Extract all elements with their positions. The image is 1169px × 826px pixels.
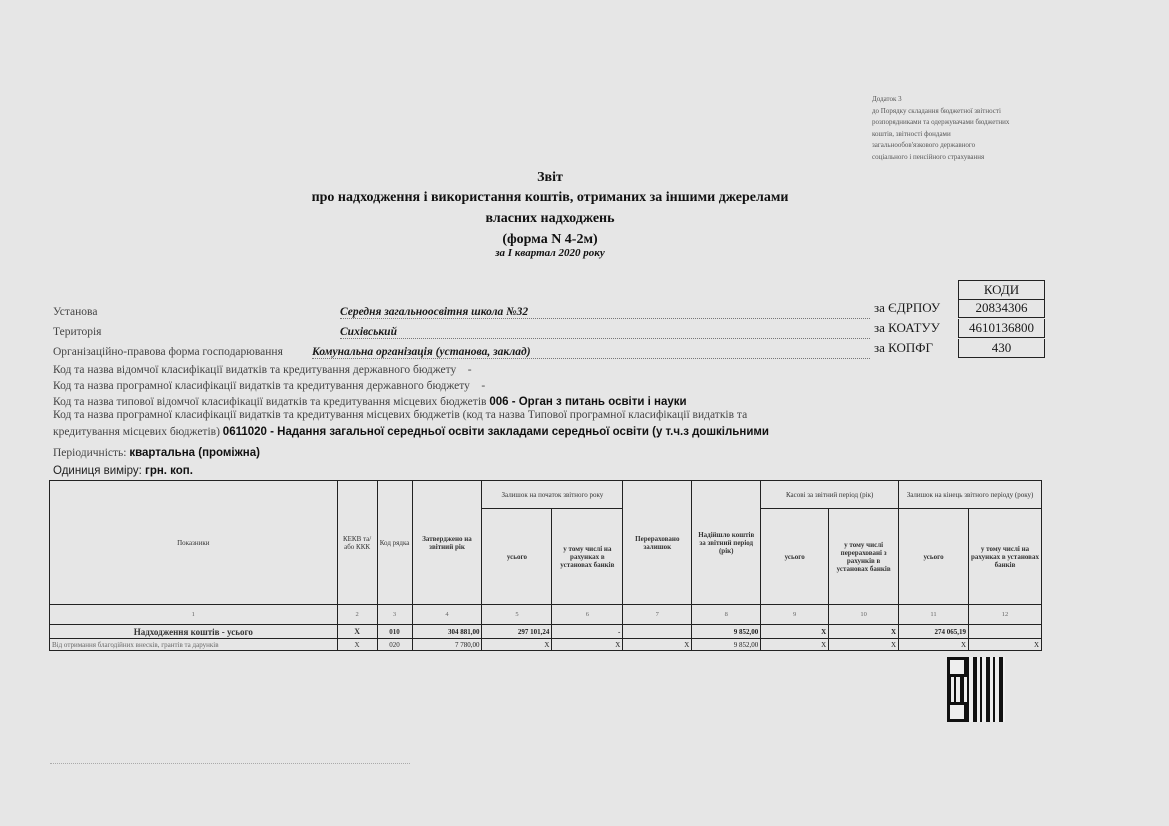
header-cash-banks: у тому числі перераховані з рахунків в у… bbox=[829, 509, 899, 605]
dept-local-label: Код та назва типової відомчої класифікац… bbox=[53, 396, 486, 408]
report-table: Показники КЕКВ та/або ККК Код рядка Затв… bbox=[49, 480, 1042, 651]
row-transferred: X bbox=[623, 639, 692, 651]
org-form-value: Комунальна організація (установа, заклад… bbox=[312, 346, 870, 359]
code-label-koatuu: за КОАТУУ bbox=[874, 319, 956, 337]
col-number: 12 bbox=[969, 605, 1042, 625]
header-received: Надійшло коштів за звітний період (рік) bbox=[692, 481, 761, 605]
row-received: 9 852,00 bbox=[692, 625, 761, 639]
row-start-banks: X bbox=[552, 639, 623, 651]
row-kekv: X bbox=[337, 625, 377, 639]
unit-value: грн. коп. bbox=[145, 465, 193, 477]
unit-label: Одиниця виміру: bbox=[53, 465, 142, 477]
row-code: 020 bbox=[377, 639, 412, 651]
code-label-edrpou: за ЄДРПОУ bbox=[874, 299, 956, 317]
periodicity-label: Періодичність: bbox=[53, 447, 126, 459]
col-number: 1 bbox=[50, 605, 338, 625]
header-approved: Затверджено на звітний рік bbox=[412, 481, 482, 605]
annex-line: коштів, звітності фондами bbox=[872, 129, 1062, 141]
code-kopfg: 430 bbox=[958, 339, 1045, 358]
header-balance-end-total: усього bbox=[899, 509, 969, 605]
col-number: 5 bbox=[482, 605, 552, 625]
prog-local-line: кредитування місцевих бюджетів) 0611020 … bbox=[53, 426, 769, 438]
header-cash-total: усього bbox=[761, 509, 829, 605]
header-balance-start-total: усього bbox=[482, 509, 552, 605]
annex-line: соціального і пенсійного страхування bbox=[872, 152, 1062, 164]
row-end-total: 274 065,19 bbox=[899, 625, 969, 639]
col-number: 3 bbox=[377, 605, 412, 625]
form-number: (форма N 4-2м) bbox=[0, 232, 1100, 248]
header-balance-start: Залишок на початок звітного року bbox=[482, 481, 623, 509]
prog-local-label: кредитування місцевих бюджетів) bbox=[53, 426, 220, 438]
row-end-total: X bbox=[899, 639, 969, 651]
code-label-kopfg: за КОПФГ bbox=[874, 339, 956, 357]
report-subtitle-2: власних надходжень bbox=[0, 211, 1100, 227]
prog-state-line: Код та назва програмної класифікації вид… bbox=[53, 380, 485, 392]
code-edrpou: 20834306 bbox=[958, 299, 1045, 318]
institution-value: Середня загальноосвітня школа №32 bbox=[340, 306, 870, 319]
row-kekv: X bbox=[337, 639, 377, 651]
row-cash-total: X bbox=[761, 625, 829, 639]
territory-value: Сихівський bbox=[340, 326, 870, 339]
row-code: 010 bbox=[377, 625, 412, 639]
prog-state-label: Код та назва програмної класифікації вид… bbox=[53, 380, 470, 392]
prog-state-value: - bbox=[481, 380, 485, 392]
report-title: Звіт bbox=[0, 170, 1100, 186]
territory-label: Територія bbox=[53, 326, 101, 338]
row-approved: 7 780,00 bbox=[412, 639, 482, 651]
annex-line: Додаток 3 bbox=[872, 94, 1062, 106]
footer-divider bbox=[50, 763, 410, 764]
dept-local-value: 006 - Орган з питань освіти і науки bbox=[489, 396, 686, 408]
table-row: Надходження коштів - усього X 010 304 88… bbox=[50, 625, 1042, 639]
col-number: 4 bbox=[412, 605, 482, 625]
col-number: 2 bbox=[337, 605, 377, 625]
annex-line: розпорядниками та одержувачами бюджетних bbox=[872, 117, 1062, 129]
unit-line: Одиниця виміру: грн. коп. bbox=[53, 465, 193, 477]
row-name: Від отримання благодійних внесків, грант… bbox=[50, 639, 338, 651]
header-indicators: Показники bbox=[50, 481, 338, 605]
dept-state-label: Код та назва відомчої класифікації видат… bbox=[53, 364, 456, 376]
col-number: 7 bbox=[623, 605, 692, 625]
header-balance-end: Залишок на кінець звітного періоду (року… bbox=[899, 481, 1042, 509]
row-end-banks: X bbox=[969, 639, 1042, 651]
col-number: 11 bbox=[899, 605, 969, 625]
report-period: за I квартал 2020 року bbox=[0, 247, 1100, 259]
col-number: 10 bbox=[829, 605, 899, 625]
codes-header: КОДИ bbox=[958, 280, 1045, 300]
header-balance-start-banks: у тому числі на рахунках в установах бан… bbox=[552, 509, 623, 605]
code-koatuu: 4610136800 bbox=[958, 319, 1045, 338]
qr-code-icon bbox=[947, 657, 1005, 722]
report-subtitle: про надходження і використання коштів, о… bbox=[0, 190, 1100, 206]
header-transferred: Перераховано залишок bbox=[623, 481, 692, 605]
row-cash-total: X bbox=[761, 639, 829, 651]
header-row-code: Код рядка bbox=[377, 481, 412, 605]
row-end-banks bbox=[969, 625, 1042, 639]
header-cash: Касові за звітний період (рік) bbox=[761, 481, 899, 509]
org-form-label: Організаційно-правова форма господарюван… bbox=[53, 346, 283, 358]
col-number: 6 bbox=[552, 605, 623, 625]
row-received: 9 852,00 bbox=[692, 639, 761, 651]
prog-local-label-line: Код та назва програмної класифікації вид… bbox=[53, 409, 747, 421]
periodicity-line: Періодичність: квартальна (проміжна) bbox=[53, 447, 260, 459]
row-cash-banks: X bbox=[829, 625, 899, 639]
header-kekv: КЕКВ та/або ККК bbox=[337, 481, 377, 605]
dept-state-line: Код та назва відомчої класифікації видат… bbox=[53, 364, 472, 376]
annex-note: Додаток 3 до Порядку складання бюджетної… bbox=[872, 94, 1062, 163]
row-approved: 304 881,00 bbox=[412, 625, 482, 639]
col-number: 8 bbox=[692, 605, 761, 625]
row-start-total: X bbox=[482, 639, 552, 651]
row-start-banks: - bbox=[552, 625, 623, 639]
dept-local-line: Код та назва типової відомчої класифікац… bbox=[53, 396, 687, 408]
dept-state-value: - bbox=[468, 364, 472, 376]
annex-line: загальнообов'язкового державного bbox=[872, 140, 1062, 152]
row-start-total: 297 101,24 bbox=[482, 625, 552, 639]
table-row: Від отримання благодійних внесків, грант… bbox=[50, 639, 1042, 651]
prog-local-value: 0611020 - Надання загальної середньої ос… bbox=[223, 426, 769, 438]
annex-line: до Порядку складання бюджетної звітності bbox=[872, 106, 1062, 118]
row-transferred bbox=[623, 625, 692, 639]
row-name: Надходження коштів - усього bbox=[50, 625, 338, 639]
periodicity-value: квартальна (проміжна) bbox=[129, 447, 260, 459]
row-cash-banks: X bbox=[829, 639, 899, 651]
col-number: 9 bbox=[761, 605, 829, 625]
header-balance-end-banks: у тому числі на рахунках в установах бан… bbox=[969, 509, 1042, 605]
institution-label: Установа bbox=[53, 306, 97, 318]
